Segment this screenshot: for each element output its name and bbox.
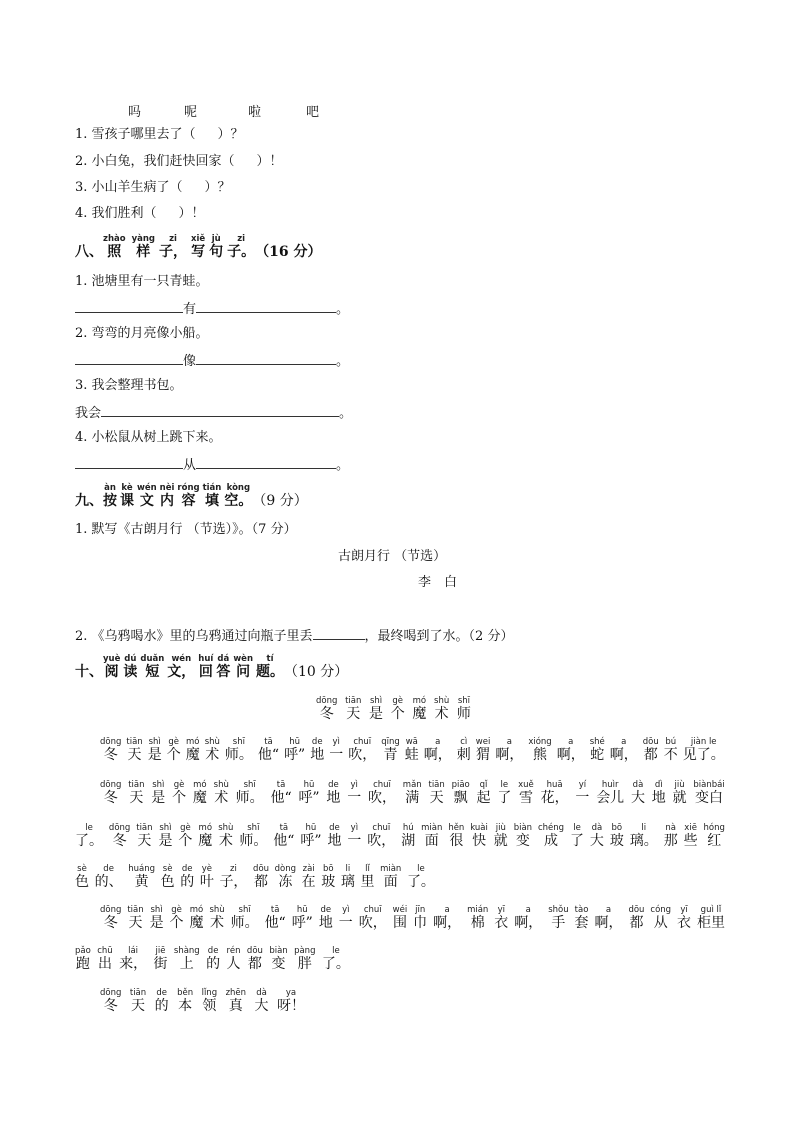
ruby-char: yī衣 (677, 905, 691, 932)
ruby-char: shù术 (205, 737, 220, 764)
ruby-char: shǒu手 (548, 905, 568, 932)
answer-blank[interactable] (75, 352, 183, 365)
ruby-char: shù术 (434, 696, 449, 723)
pinyin: lǐ (360, 864, 374, 874)
hanzi: 真 (226, 998, 246, 1015)
answer-line-4: 从。 (75, 456, 349, 474)
pinyin: jiàn le (683, 737, 725, 747)
hanzi: 花， (541, 790, 569, 807)
hanzi: 些 (684, 833, 698, 850)
hanzi: 冬 (109, 833, 130, 850)
pinyin: shì (150, 905, 164, 915)
hanzi: 啊， (495, 747, 523, 764)
section-9-q1: 1. 默写《古朗月行 （节选）》。（7 分） (75, 522, 297, 538)
hanzi: 蛇 (590, 747, 605, 764)
ruby-char: wā蛙 (405, 737, 419, 764)
hanzi: 了 (570, 833, 584, 850)
ruby-char: shì是 (369, 696, 383, 723)
pinyin: le (407, 864, 435, 874)
ruby-char: shé蛇 (590, 737, 605, 764)
fill-item-3: 3. 小山羊生病了（）？ (75, 180, 231, 196)
answer-line-1: 有。 (75, 300, 349, 318)
ruby-char: lái来， (119, 946, 147, 973)
pinyin: li (630, 823, 658, 833)
pinyin: a (595, 905, 623, 915)
hanzi: 满 (403, 790, 422, 807)
pinyin: shī (457, 696, 471, 706)
ruby-char: shī师。 (236, 780, 264, 807)
hanzi: 吹， (368, 790, 396, 807)
hanzi: 熊 (528, 747, 551, 764)
pinyin: mó (198, 823, 212, 833)
pinyin: gè (172, 780, 186, 790)
hanzi: 师。 (231, 915, 259, 932)
ruby-char: jīn巾 (413, 905, 427, 932)
hanzi: 啊， (514, 915, 542, 932)
section-score: （9 分） (252, 493, 307, 510)
pinyin: guì lǐ (697, 905, 725, 915)
ruby-char: bō玻 (610, 823, 624, 850)
pinyin: bō (321, 864, 335, 874)
pinyin: lái (119, 946, 147, 956)
pinyin: yì (347, 823, 361, 833)
ruby-char: de地 (319, 905, 333, 932)
ruby-char: a啊， (424, 737, 452, 764)
ruby-char: chuī吹， (359, 905, 387, 932)
passage-line-6: pǎo跑chū出lái来，jiē街shàng上de的rén人dōu都biàn变p… (75, 946, 350, 973)
hanzi: 他“ (273, 833, 294, 850)
pinyin: mǎn (403, 780, 422, 790)
pinyin: wei (476, 737, 491, 747)
hanzi: 啊， (610, 747, 638, 764)
answer-blank[interactable] (313, 627, 365, 640)
pinyin: tào (575, 905, 589, 915)
pinyin: hū (292, 905, 313, 915)
hanzi: 都 (628, 915, 644, 932)
hanzi: 魔 (186, 747, 200, 764)
hanzi: 衣 (677, 915, 691, 932)
ruby-char: jiē街 (153, 946, 167, 973)
ruby-char: a啊， (557, 737, 585, 764)
hanzi: 天 (126, 747, 142, 764)
answer-blank[interactable] (75, 300, 183, 313)
ruby-char: yì一 (347, 780, 361, 807)
hanzi: 了 (497, 790, 511, 807)
hanzi: 呼” (284, 747, 305, 764)
ruby-char: jiù就 (673, 780, 687, 807)
ruby-char: yì一 (339, 905, 353, 932)
hanzi: 冬 (316, 706, 337, 723)
pinyin: shù (209, 905, 224, 915)
hanzi: 见了。 (683, 747, 725, 764)
pinyin: gè (178, 823, 192, 833)
pinyin: zhēn (226, 988, 246, 998)
ruby-char: shī师 (457, 696, 471, 723)
passage-title: dōng冬tiān天shì是gè个mó魔shù术shī师 (316, 696, 471, 723)
example-sentence-2: 2. 弯弯的月亮像小船。 (75, 326, 209, 342)
ruby-char: chuī吹， (348, 737, 376, 764)
hanzi: 啊， (595, 915, 623, 932)
pinyin: rén (227, 946, 241, 956)
ruby-char: shì是 (150, 905, 164, 932)
hanzi: 在 (302, 874, 316, 891)
pinyin: miàn (380, 864, 401, 874)
pinyin: le (497, 780, 511, 790)
hanzi: 个 (170, 915, 184, 932)
hanzi: 是 (151, 790, 165, 807)
pinyin: xiē (684, 823, 698, 833)
hanzi: 是 (148, 747, 162, 764)
pinyin: dōng (100, 988, 121, 998)
pinyin: běn (177, 988, 193, 998)
pinyin: li (341, 864, 355, 874)
pinyin: shù (218, 823, 233, 833)
hanzi: 面 (421, 833, 442, 850)
ruby-char: bō玻 (321, 864, 335, 891)
pinyin: mó (186, 737, 200, 747)
pinyin: chū (97, 946, 112, 956)
pinyin: shī (225, 737, 253, 747)
pinyin: a (610, 737, 638, 747)
ruby-char: gè个 (391, 696, 405, 723)
hanzi: 手 (548, 915, 568, 932)
ruby-char: tào套 (575, 905, 589, 932)
ruby-char: dōng冬 (100, 988, 121, 1015)
hanzi: 胖 (294, 956, 315, 973)
pinyin: zi (219, 864, 247, 874)
hanzi: 本 (177, 998, 193, 1015)
pinyin: zài (302, 864, 316, 874)
ruby-char: mó魔 (186, 737, 200, 764)
pinyin: de (319, 905, 333, 915)
section-score: （10 分） (284, 664, 348, 681)
hanzi: 天 (127, 915, 143, 932)
pinyin: dì (652, 780, 666, 790)
ruby-char: miàn面 (380, 864, 401, 891)
pinyin: dōng (100, 905, 121, 915)
pinyin: jiù (494, 823, 508, 833)
pinyin: dōu (247, 946, 263, 956)
hanzi: 人 (227, 956, 241, 973)
ruby-char: dōng冬 (100, 737, 121, 764)
pinyin: dà (631, 780, 645, 790)
ruby-char: a啊， (514, 905, 542, 932)
pinyin: xuě (518, 780, 534, 790)
ruby-char: shù术 (214, 780, 229, 807)
ruby-char: le了。 (322, 946, 350, 973)
pinyin: pǎo (75, 946, 91, 956)
pinyin: gè (391, 696, 405, 706)
pinyin: bō (610, 823, 624, 833)
ruby-char: zhēn真 (226, 988, 246, 1015)
pinyin: le (75, 823, 103, 833)
answer-blank[interactable] (196, 300, 336, 313)
ruby-char: wei猬 (476, 737, 491, 764)
ruby-char: huā花， (541, 780, 569, 807)
ruby-char: tā他“ (258, 737, 279, 764)
ruby-char: shì是 (158, 823, 172, 850)
pinyin: tā (273, 823, 294, 833)
hanzi: 的 (206, 956, 220, 973)
hanzi: 吹， (359, 915, 387, 932)
ruby-char: shàng上 (174, 946, 200, 973)
hanzi: 黄 (128, 874, 155, 891)
hanzi: 璃 (341, 874, 355, 891)
hanzi: 大 (255, 998, 269, 1015)
pinyin: jīn (413, 905, 427, 915)
ruby-char: hū呼” (284, 737, 305, 764)
ruby-char: tiān天 (130, 988, 146, 1015)
pinyin: dōng (316, 696, 337, 706)
ruby-char: a啊， (433, 905, 461, 932)
ruby-char: qīng青 (381, 737, 400, 764)
ruby-char: hū呼” (298, 780, 319, 807)
hanzi: 街 (153, 956, 167, 973)
pinyin: de (155, 988, 169, 998)
section-number: 八、 (75, 244, 103, 261)
ruby-char: shù术 (209, 905, 224, 932)
ruby-char: yè叶 (200, 864, 214, 891)
pinyin: biàn (269, 946, 287, 956)
ruby-char: kuài快 (470, 823, 488, 850)
example-sentence-4: 4. 小松鼠从树上跳下来。 (75, 430, 222, 446)
ruby-char: tā他“ (273, 823, 294, 850)
ruby-char: chuī吹， (368, 780, 396, 807)
pinyin: shù (434, 696, 449, 706)
ruby-char: de的、 (95, 864, 123, 891)
hanzi: 猬 (476, 747, 491, 764)
ruby-char: mó魔 (412, 696, 426, 723)
hanzi: 是 (158, 833, 172, 850)
pinyin: shé (590, 737, 605, 747)
hanzi: 一 (339, 915, 353, 932)
pinyin: shī (231, 905, 259, 915)
pinyin: tā (265, 905, 286, 915)
hanzi: 很 (448, 833, 464, 850)
ruby-char: tā他“ (270, 780, 291, 807)
pinyin: hū (284, 737, 305, 747)
pinyin: gè (170, 905, 184, 915)
hanzi: 变 (269, 956, 287, 973)
ruby-char: mián棉 (467, 905, 488, 932)
hanzi: 术 (434, 706, 449, 723)
pinyin: tiān (126, 737, 142, 747)
pinyin: huā (541, 780, 569, 790)
ruby-char: wéi围 (393, 905, 408, 932)
pinyin: de (180, 864, 194, 874)
hanzi: 就 (673, 790, 687, 807)
ruby-char: jiù就 (494, 823, 508, 850)
ruby-char: cì刺 (457, 737, 471, 764)
ruby-char: hū呼” (300, 823, 321, 850)
ruby-char: běn本 (177, 988, 193, 1015)
pinyin: shì (369, 696, 383, 706)
hanzi: 的 (180, 874, 194, 891)
hanzi: 天 (345, 706, 361, 723)
ruby-char: yì一 (329, 737, 343, 764)
pinyin: qīng (381, 737, 400, 747)
pinyin: mó (193, 780, 207, 790)
pinyin: tiān (428, 780, 444, 790)
ruby-char: pǎo跑 (75, 946, 91, 973)
ruby-char: le了。 (407, 864, 435, 891)
hanzi: 啊， (557, 747, 585, 764)
answer-blank[interactable] (75, 456, 183, 469)
hanzi: 快 (470, 833, 488, 850)
pinyin: tā (258, 737, 279, 747)
pinyin: huìr (596, 780, 624, 790)
hanzi: 的、 (95, 874, 123, 891)
pinyin: chuī (368, 780, 396, 790)
section-number: 十、 (75, 664, 103, 681)
answer-blank[interactable] (196, 352, 336, 365)
hanzi: 魔 (198, 833, 212, 850)
example-sentence-1: 1. 池塘里有一只青蛙。 (75, 274, 209, 290)
pinyin: wā (405, 737, 419, 747)
ruby-char: dōu都 (247, 946, 263, 973)
pinyin: qǐ (477, 780, 491, 790)
hanzi: 就 (494, 833, 508, 850)
ruby-char: de的 (155, 988, 169, 1015)
pinyin: a (557, 737, 585, 747)
hanzi: 成 (538, 833, 564, 850)
ruby-char: mó魔 (190, 905, 204, 932)
hanzi: 叶 (200, 874, 214, 891)
hanzi: 地 (319, 915, 333, 932)
ruby-char: shī师。 (231, 905, 259, 932)
ruby-char: de的 (206, 946, 220, 973)
pinyin: jiē (153, 946, 167, 956)
example-sentence-3: 3. 我会整理书包。 (75, 378, 183, 394)
hanzi: 呼” (300, 833, 321, 850)
ruby-char: jiàn le见了。 (683, 737, 725, 764)
pinyin: de (310, 737, 324, 747)
ruby-char: lǐ里 (360, 864, 374, 891)
pinyin: dōu (253, 864, 269, 874)
pinyin: shù (205, 737, 220, 747)
hanzi: 魔 (190, 915, 204, 932)
ruby-char: de地 (310, 737, 324, 764)
pinyin: dōng (100, 780, 121, 790)
hanzi: 红 (704, 833, 725, 850)
hanzi: 会儿 (596, 790, 624, 807)
pinyin: de (327, 823, 341, 833)
ruby-char: li璃。 (630, 823, 658, 850)
passage-line-4: sè色de的、huáng黄sè色de的yè叶zi子，dōu都dòng冻zài在b… (75, 864, 435, 891)
hanzi: 变白 (693, 790, 724, 807)
pinyin: yì (329, 737, 343, 747)
fill-item-4: 4. 我们胜利（）！ (75, 206, 205, 222)
pinyin: hū (298, 780, 319, 790)
ruby-char: le了 (497, 780, 511, 807)
pinyin: chéng (538, 823, 564, 833)
hanzi: 师 (457, 706, 471, 723)
hanzi: 天 (128, 790, 144, 807)
hanzi: 术 (214, 790, 229, 807)
ruby-char: guì lǐ柜里 (697, 905, 725, 932)
choice-word: 吗 (128, 101, 184, 120)
pinyin: tiān (345, 696, 361, 706)
pinyin: dòng (275, 864, 296, 874)
ruby-char: zi子， (219, 864, 247, 891)
word-choices: 吗呢啦吧 (128, 101, 362, 120)
ruby-char: dà大 (631, 780, 645, 807)
ruby-char: hěn很 (448, 823, 464, 850)
pinyin: mó (412, 696, 426, 706)
hanzi: 地 (327, 833, 341, 850)
pinyin: hóng (704, 823, 725, 833)
ruby-char: sè色 (161, 864, 175, 891)
hanzi: 飘 (452, 790, 470, 807)
choice-word: 啦 (248, 101, 306, 120)
ruby-char: chuī吹， (367, 823, 395, 850)
passage-line-7: dōng冬tiān天de的běn本lǐng领zhēn真dà大ya呀！ (100, 988, 305, 1015)
ruby-char: dōu都 (628, 905, 644, 932)
ruby-char: huìr会儿 (596, 780, 624, 807)
answer-blank[interactable] (196, 456, 336, 469)
answer-blank[interactable] (101, 404, 339, 417)
pinyin: de (206, 946, 220, 956)
hanzi: 冬 (100, 915, 121, 932)
pinyin: biàn (514, 823, 532, 833)
hanzi: 个 (172, 790, 186, 807)
ruby-char: hū呼” (292, 905, 313, 932)
ruby-char: gè个 (170, 905, 184, 932)
hanzi: 啊， (424, 747, 452, 764)
pinyin: cóng (650, 905, 671, 915)
ruby-char: li璃 (341, 864, 355, 891)
hanzi: 啊， (433, 915, 461, 932)
pinyin: shī (236, 780, 264, 790)
pinyin: xióng (528, 737, 551, 747)
hanzi: 色 (161, 874, 175, 891)
hanzi: 一 (575, 790, 589, 807)
pinyin: biànbái (693, 780, 724, 790)
hanzi: 是 (369, 706, 383, 723)
hanzi: 起 (477, 790, 491, 807)
ruby-char: gè个 (167, 737, 181, 764)
hanzi: 蛙 (405, 747, 419, 764)
hanzi: 衣 (494, 915, 508, 932)
pinyin: bú (664, 737, 678, 747)
pinyin: sè (161, 864, 175, 874)
ruby-char: tiān天 (136, 823, 152, 850)
hanzi: 跑 (75, 956, 91, 973)
pinyin: yī (494, 905, 508, 915)
ruby-char: le了。 (75, 823, 103, 850)
hanzi: 个 (391, 706, 405, 723)
pinyin: hū (300, 823, 321, 833)
hanzi: 他“ (265, 915, 286, 932)
hanzi: 从 (650, 915, 671, 932)
ruby-char: de的 (180, 864, 194, 891)
hanzi: 雪 (518, 790, 534, 807)
ruby-char: shì是 (151, 780, 165, 807)
answer-line-2: 像。 (75, 352, 349, 370)
section-8-heading: 八、 zhào照 yàng样 zi子， xiě写 jù句 zi子。 （16 分） (75, 234, 322, 261)
ruby-char: biàn变 (269, 946, 287, 973)
hanzi: 吹， (348, 747, 376, 764)
pinyin: chuī (348, 737, 376, 747)
hanzi: 术 (218, 833, 233, 850)
pinyin: piāo (452, 780, 470, 790)
section-10-heading: 十、 yuè阅 dú读 duǎn短 wén文， huí回 dá答 wèn问 tí… (75, 654, 348, 681)
ruby-char: yì一 (347, 823, 361, 850)
hanzi: 青 (381, 747, 400, 764)
ruby-char: tiān天 (126, 737, 142, 764)
hanzi: 了。 (75, 833, 103, 850)
pinyin: yī (677, 905, 691, 915)
